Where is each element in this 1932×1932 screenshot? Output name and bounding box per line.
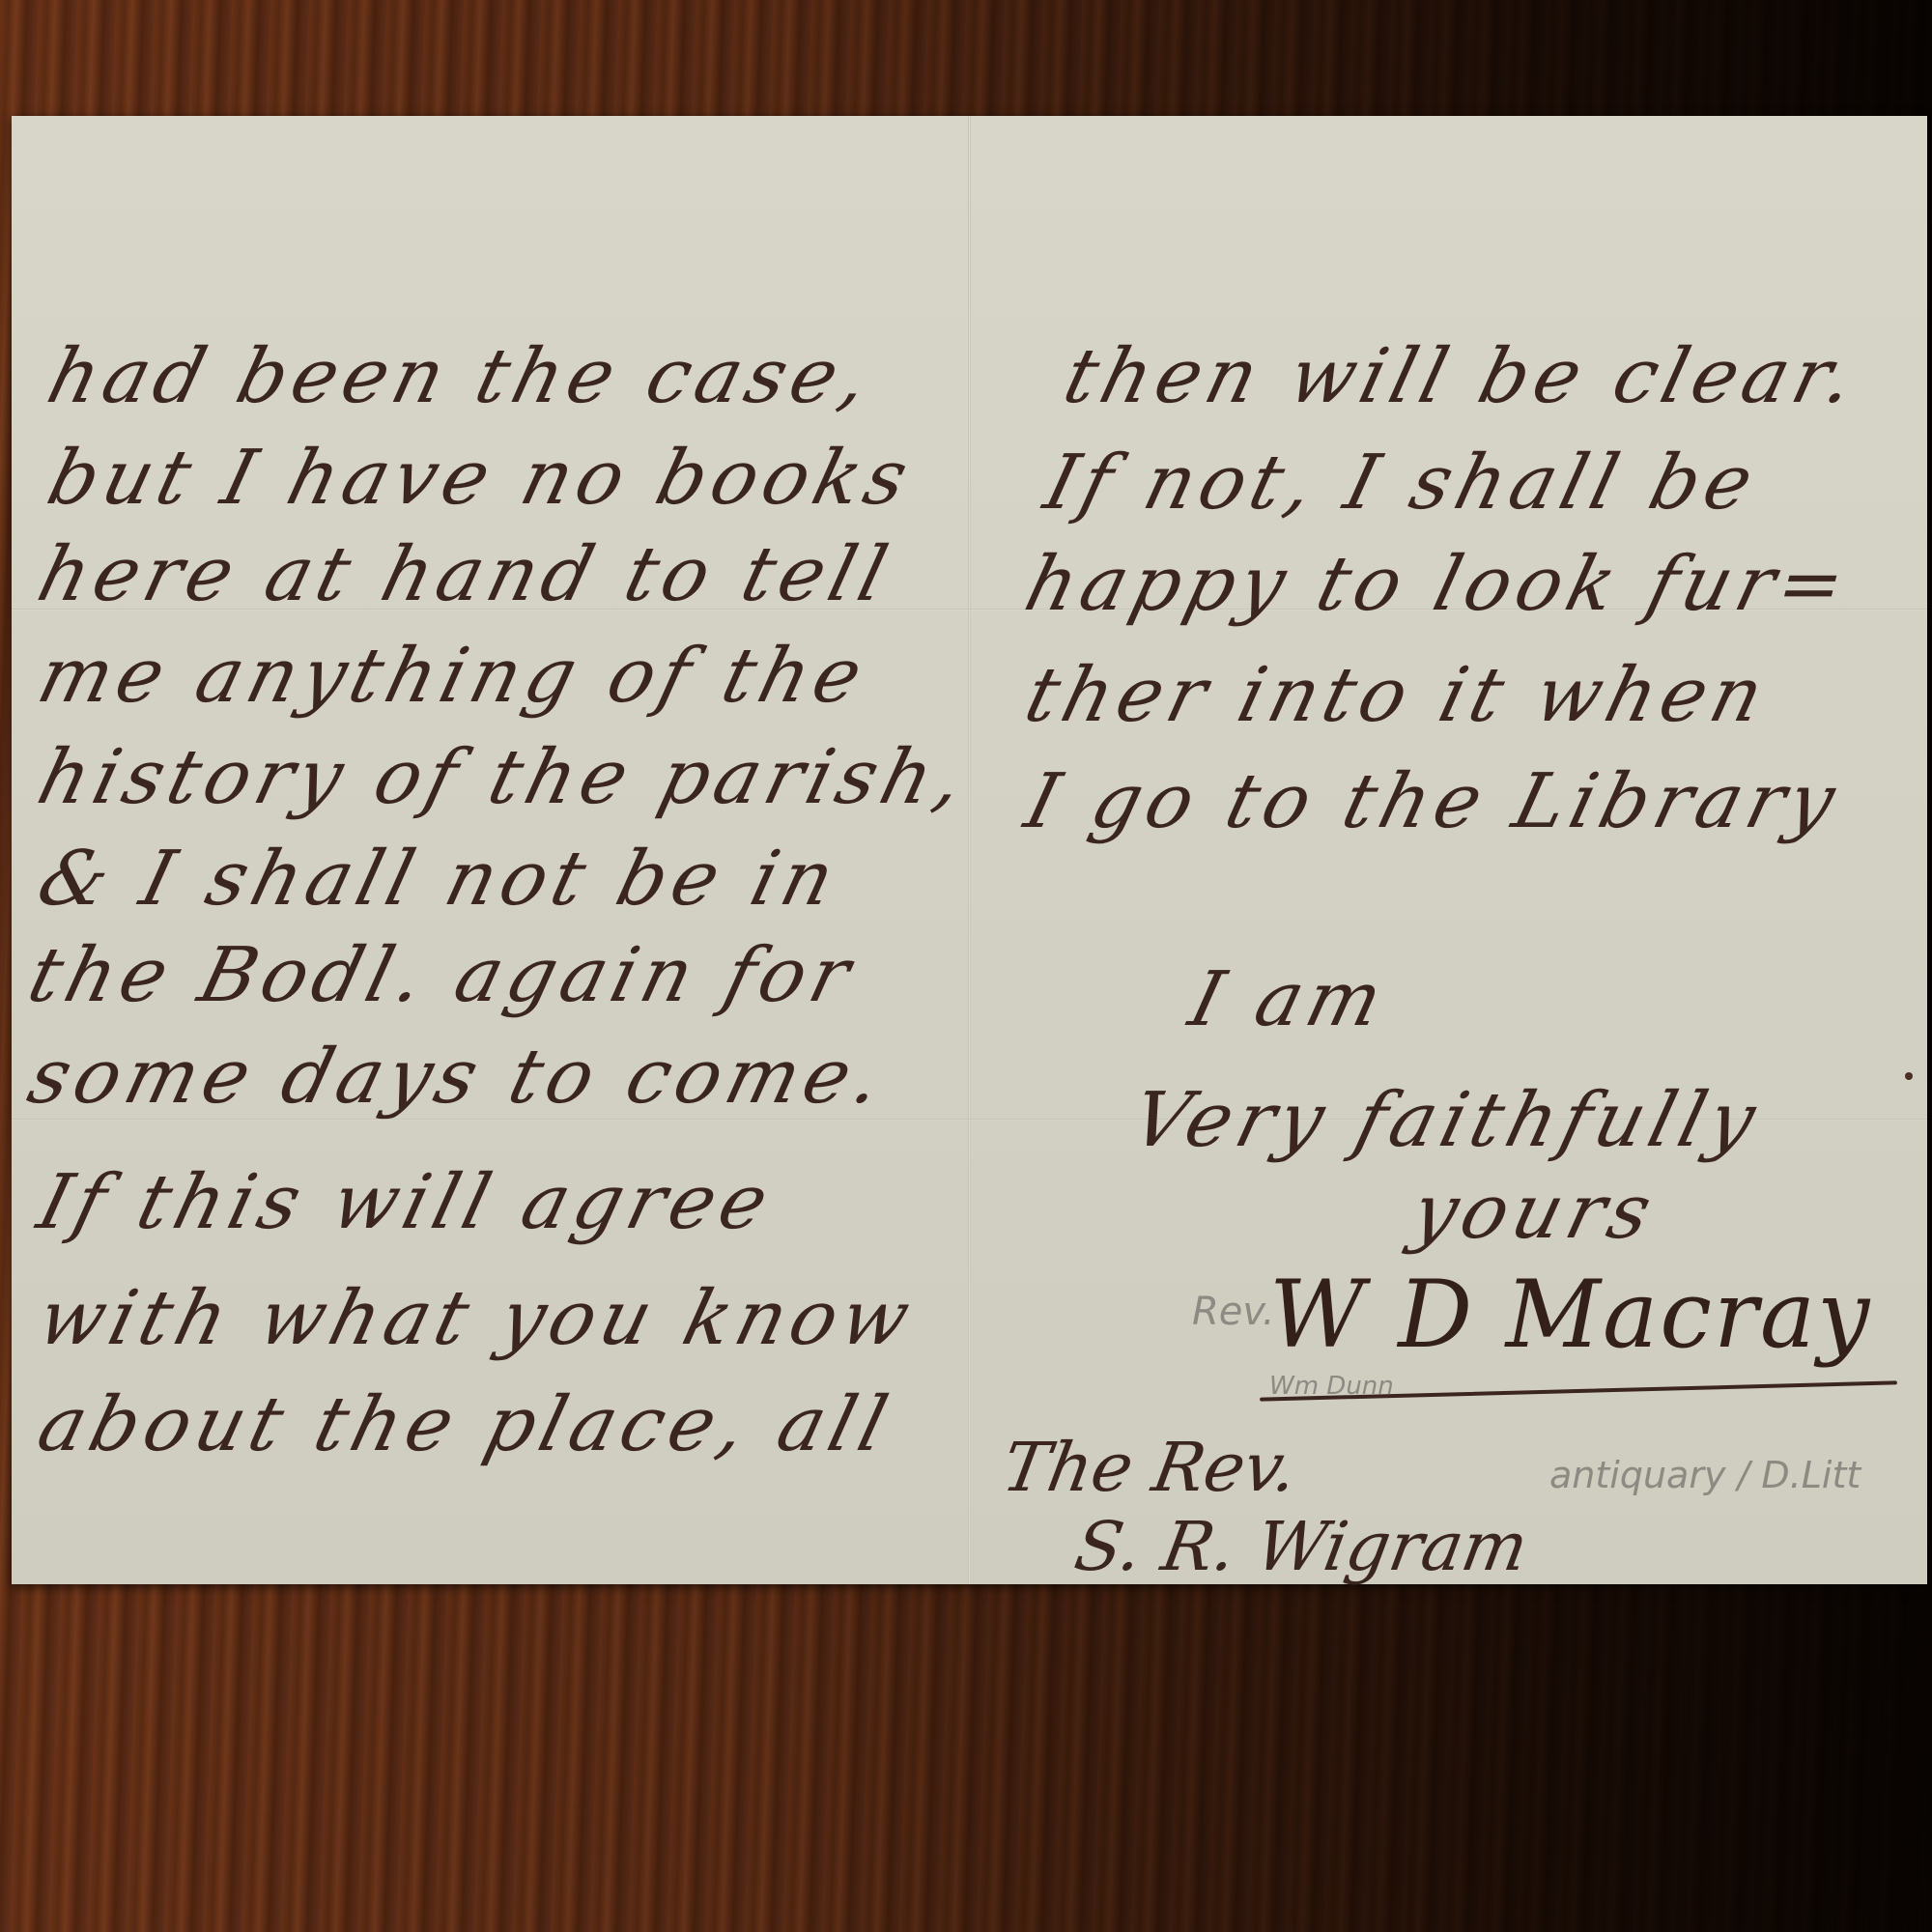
pencil-note-rev: Rev. bbox=[1192, 1290, 1275, 1334]
letter-line: about the place, all bbox=[30, 1381, 901, 1468]
letter-line: & I shall not be in bbox=[30, 836, 848, 923]
closing-very-faithfully: Very faithfully bbox=[1123, 1077, 1770, 1164]
letter-line: history of the parish, bbox=[30, 734, 978, 821]
letter-line: If not, I shall be bbox=[1037, 440, 1767, 526]
letter-line: with what you know bbox=[30, 1275, 923, 1362]
pencil-note-addressee: antiquary / D.Litt bbox=[1549, 1454, 1861, 1496]
left-page: had been the case, but I have no books h… bbox=[12, 116, 968, 1584]
closing-yours: yours bbox=[1404, 1169, 1665, 1256]
addressee-title: The Rev. bbox=[997, 1428, 1304, 1507]
addressee-name: S. R. Wigram bbox=[1069, 1507, 1534, 1586]
right-page: then will be clear. If not, I shall be h… bbox=[970, 116, 1927, 1584]
letter-line: then will be clear. bbox=[1056, 333, 1868, 420]
letter-line: had been the case, bbox=[40, 333, 883, 420]
letter-line: some days to come. bbox=[20, 1034, 895, 1121]
letter-line: but I have no books bbox=[40, 435, 922, 522]
letter-line: me anything of the bbox=[30, 633, 876, 720]
letter-line: ther into it when bbox=[1017, 652, 1777, 739]
letter-line: I go to the Library bbox=[1017, 758, 1849, 845]
signature: W D Macray bbox=[1269, 1261, 1871, 1369]
letter-sheet: had been the case, but I have no books h… bbox=[12, 116, 1927, 1584]
letter-line: the Bodl. again for bbox=[20, 932, 865, 1019]
letter-line: If this will agree bbox=[30, 1159, 782, 1246]
letter-line: happy to look fur= bbox=[1017, 541, 1860, 628]
ink-spot bbox=[1905, 1072, 1913, 1080]
closing-i-am: I am bbox=[1181, 956, 1397, 1043]
letter-line: here at hand to tell bbox=[30, 531, 901, 618]
